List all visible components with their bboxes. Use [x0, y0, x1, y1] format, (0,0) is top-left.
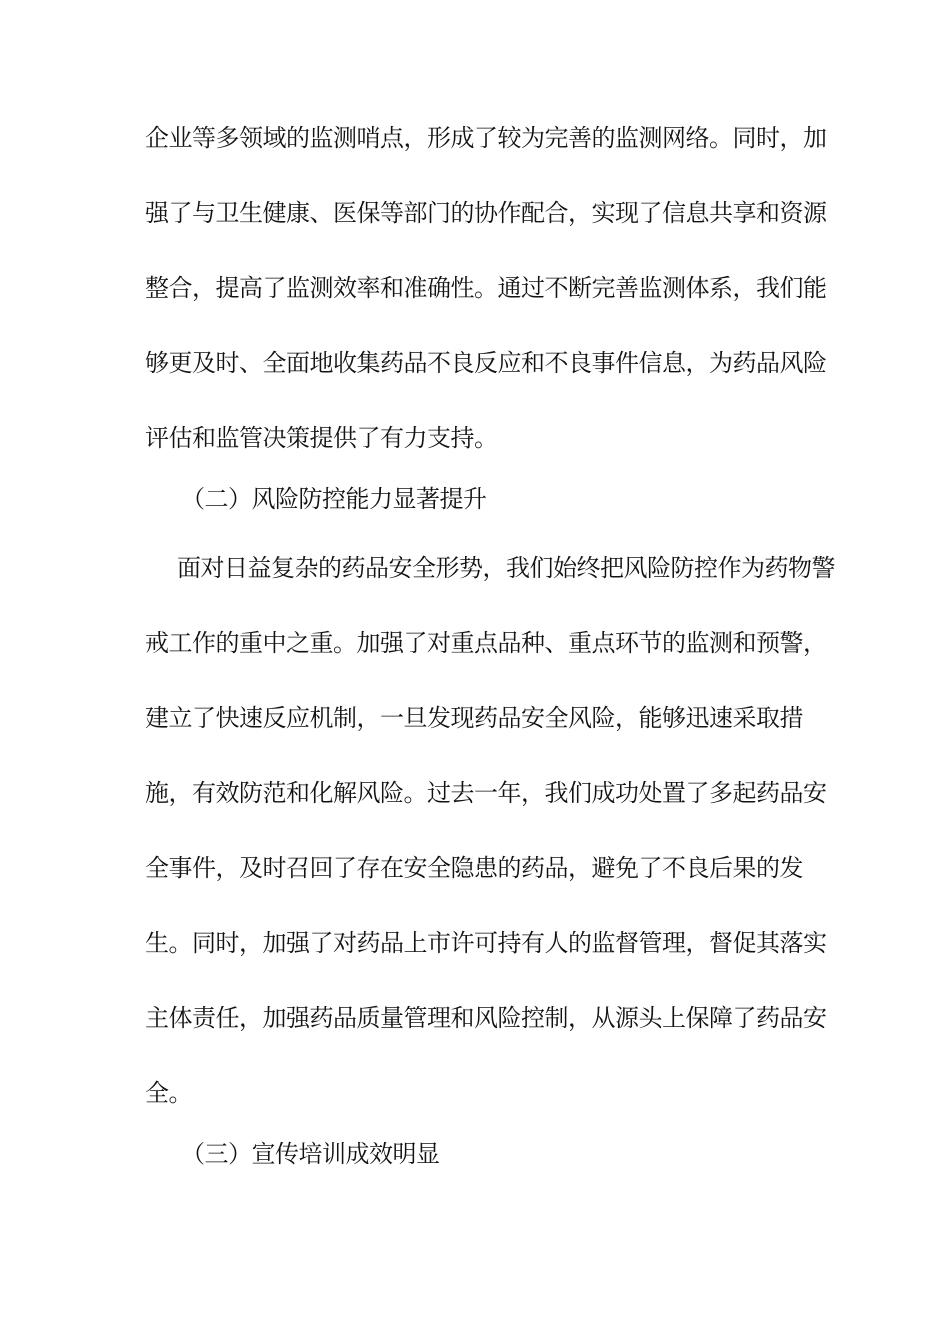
- body-text-line: 强了与卫生健康、医保等部门的协作配合，实现了信息共享和资源: [145, 177, 820, 252]
- section-heading: （三）宣传培训成效明显: [145, 1124, 820, 1187]
- body-text-line: 建立了快速反应机制，一旦发现药品安全风险，能够迅速采取措: [145, 682, 820, 757]
- body-text-line: 整合，提高了监测效率和准确性。通过不断完善监测体系，我们能: [145, 252, 820, 327]
- body-text-line: 企业等多领域的监测哨点，形成了较为完善的监测网络。同时，加: [145, 102, 820, 177]
- paragraph: 面对日益复杂的药品安全形势，我们始终把风险防控作为药物警戒工作的重中之重。加强了…: [145, 532, 820, 1132]
- body-text-line: 面对日益复杂的药品安全形势，我们始终把风险防控作为药物警: [145, 532, 820, 607]
- body-text-line: 施，有效防范和化解风险。过去一年，我们成功处置了多起药品安: [145, 757, 820, 832]
- section-heading: （二）风险防控能力显著提升: [145, 469, 820, 532]
- body-text-line: 主体责任，加强药品质量管理和风险控制，从源头上保障了药品安: [145, 982, 820, 1057]
- heading-text-line: （三）宣传培训成效明显: [145, 1124, 820, 1187]
- body-text-line: 戒工作的重中之重。加强了对重点品种、重点环节的监测和预警，: [145, 607, 820, 682]
- document-page: 企业等多领域的监测哨点，形成了较为完善的监测网络。同时，加强了与卫生健康、医保等…: [0, 0, 950, 1344]
- body-text-line: 全事件，及时召回了存在安全隐患的药品，避免了不良后果的发: [145, 832, 820, 907]
- document-content: 企业等多领域的监测哨点，形成了较为完善的监测网络。同时，加强了与卫生健康、医保等…: [145, 102, 820, 1187]
- paragraph: 企业等多领域的监测哨点，形成了较为完善的监测网络。同时，加强了与卫生健康、医保等…: [145, 102, 820, 477]
- body-text-line: 评估和监管决策提供了有力支持。: [145, 402, 820, 477]
- body-text-line: 够更及时、全面地收集药品不良反应和不良事件信息，为药品风险: [145, 327, 820, 402]
- body-text-line: 全。: [145, 1057, 820, 1132]
- body-text-line: 生。同时，加强了对药品上市许可持有人的监督管理，督促其落实: [145, 907, 820, 982]
- heading-text-line: （二）风险防控能力显著提升: [145, 469, 820, 532]
